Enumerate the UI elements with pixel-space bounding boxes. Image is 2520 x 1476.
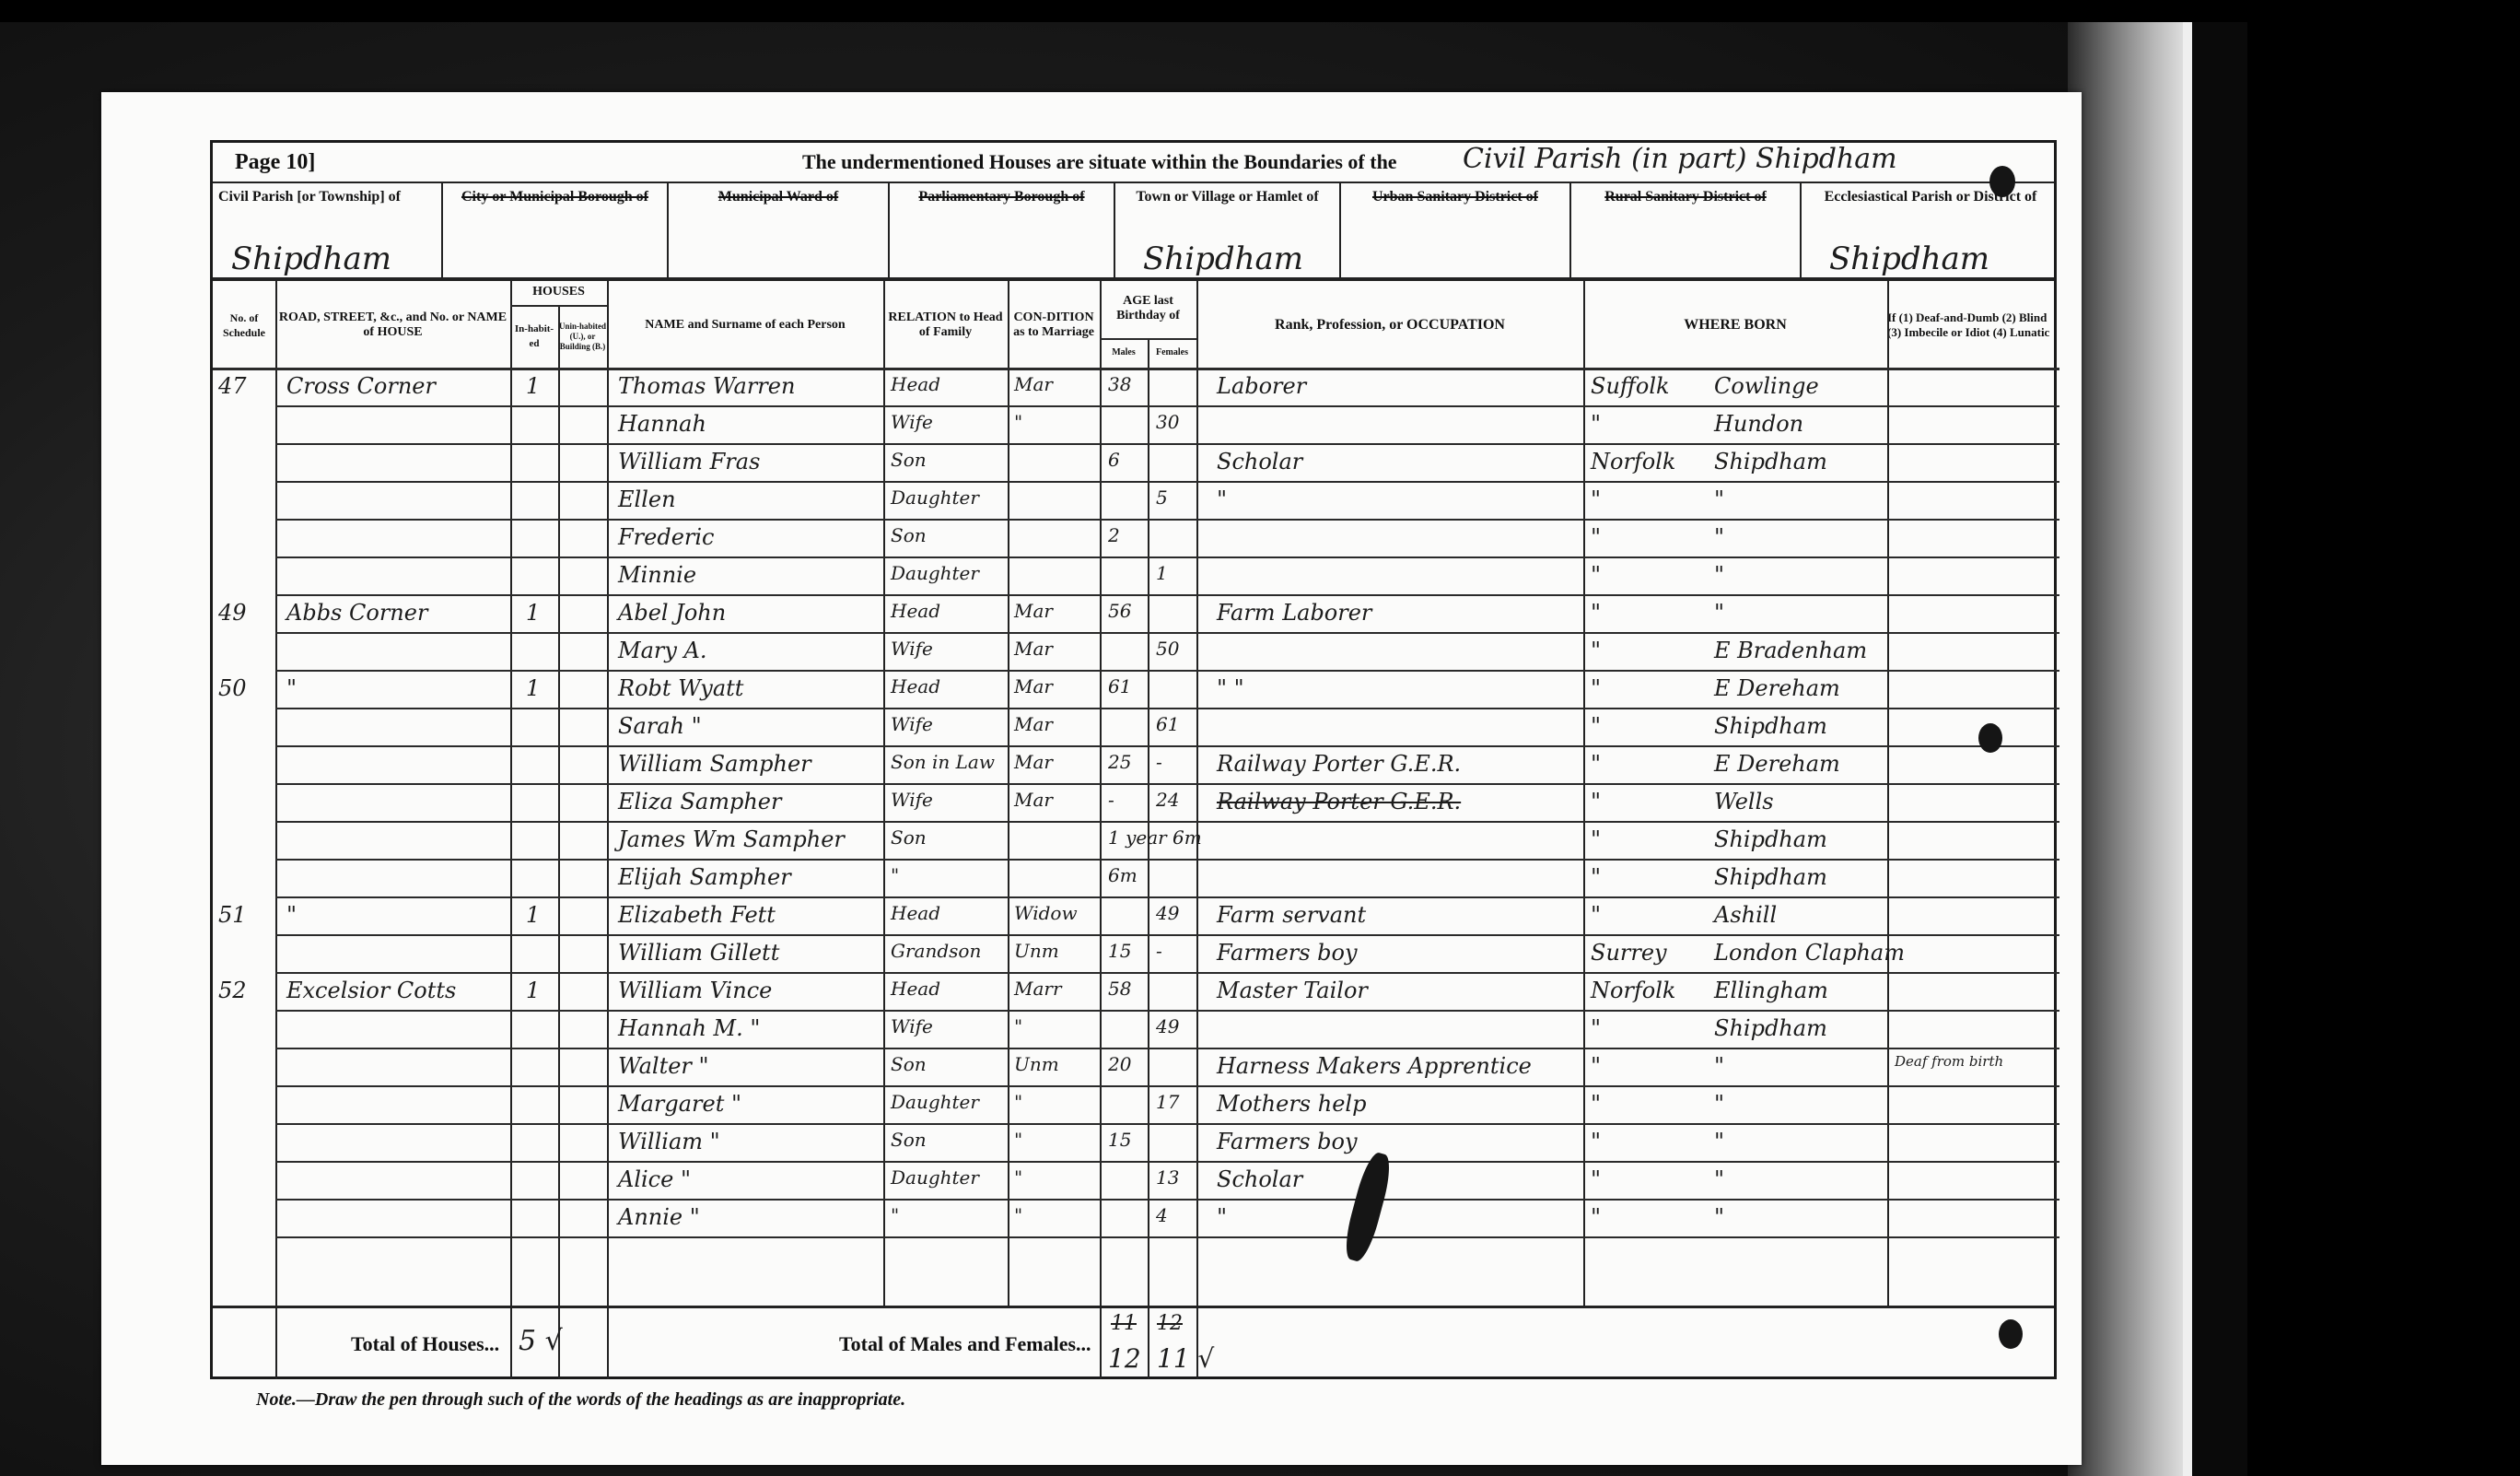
table-row: William FrasSon6ScholarNorfolkShipdham <box>213 445 2054 483</box>
row-name: Walter " <box>618 1053 709 1079</box>
row-road: " <box>286 902 297 928</box>
row-name: William Fras <box>618 449 760 474</box>
table-row: 50"1Robt WyattHeadMar61" ""E Dereham <box>213 672 2054 709</box>
row-born-county: " <box>1591 486 1601 512</box>
col-infirmity: If (1) Deaf-and-Dumb (2) Blind (3) Imbec… <box>1887 285 2059 366</box>
row-condition: Unm <box>1014 1053 1059 1075</box>
row-name: Hannah M. " <box>618 1015 760 1041</box>
admin-value: Shipdham <box>231 240 391 277</box>
row-male-age: 15 <box>1108 940 1131 962</box>
total-females-value: 11 √ <box>1157 1343 1214 1374</box>
row-born-county: " <box>1591 1166 1601 1192</box>
row-name: Ellen <box>618 486 676 512</box>
total-houses-value: 5 √ <box>519 1325 563 1357</box>
row-relation: Head <box>891 373 940 395</box>
table-row: FredericSon2"" <box>213 521 2054 558</box>
row-born-place: Wells <box>1714 789 1774 814</box>
table-row: HannahWife"30"Hundon <box>213 407 2054 445</box>
page-number: Page 10] <box>235 150 315 175</box>
row-condition: " <box>1014 1091 1022 1113</box>
total-houses-label: Total of Houses... <box>351 1332 499 1356</box>
row-relation: Grandson <box>891 940 981 962</box>
divider <box>1100 338 1196 340</box>
table-row: 49Abbs Corner1Abel JohnHeadMar56Farm Lab… <box>213 596 2054 634</box>
table-row: Margaret "Daughter"17Mothers help"" <box>213 1087 2054 1125</box>
row-male-age: 38 <box>1108 373 1131 395</box>
row-born-county: " <box>1591 789 1601 814</box>
row-born-county: " <box>1591 1015 1601 1041</box>
row-relation: Head <box>891 978 940 1000</box>
row-born-county: " <box>1591 411 1601 437</box>
row-occupation: Mothers help <box>1217 1091 1366 1117</box>
col-condition: CON-DITION as to Marriage <box>1008 285 1100 366</box>
row-name: Frederic <box>618 524 714 550</box>
row-occupation: Farm servant <box>1217 902 1366 928</box>
row-born-place: " <box>1714 562 1724 588</box>
row-born-place: " <box>1714 600 1724 626</box>
row-name: William Gillett <box>618 940 779 966</box>
row-relation: Wife <box>891 1015 933 1037</box>
table-row: MinnieDaughter1"" <box>213 558 2054 596</box>
row-relation: Wife <box>891 713 933 735</box>
row-female-age: - <box>1156 751 1162 773</box>
row-born-place: " <box>1714 524 1724 550</box>
row-born-county: " <box>1591 524 1601 550</box>
row-name: Abel John <box>618 600 726 626</box>
row-born-county: Norfolk <box>1591 449 1675 474</box>
row-inhabited: 1 <box>526 600 540 626</box>
table-row: Alice "Daughter"13Scholar"" <box>213 1163 2054 1201</box>
row-relation: Head <box>891 675 940 697</box>
row-born-place: E Dereham <box>1714 751 1840 777</box>
row-male-age: 6m <box>1108 864 1137 886</box>
row-born-place: Shipdham <box>1714 713 1827 739</box>
admin-urban-sanitary: Urban Sanitary District of <box>1341 183 1571 281</box>
table-row: Hannah M. "Wife"49"Shipdham <box>213 1012 2054 1049</box>
boundary-intro: The undermentioned Houses are situate wi… <box>802 150 1397 174</box>
admin-civil-parish: Civil Parish [or Township] of Shipdham <box>213 183 443 281</box>
admin-ecclesiastical: Ecclesiastical Parish or District of Shi… <box>1802 183 2059 281</box>
row-occupation: Laborer <box>1217 373 1306 399</box>
row-condition: " <box>1014 1166 1022 1189</box>
row-name: Sarah " <box>618 713 702 739</box>
row-occupation: Scholar <box>1217 449 1302 474</box>
row-born-place: Hundon <box>1714 411 1803 437</box>
admin-label: Parliamentary Borough of <box>890 183 1114 205</box>
row-female-age: 4 <box>1156 1204 1168 1226</box>
admin-label: Town or Village or Hamlet of <box>1115 183 1339 205</box>
table-row: William GillettGrandsonUnm15-Farmers boy… <box>213 936 2054 974</box>
census-rows: 47Cross Corner1Thomas WarrenHeadMar38Lab… <box>213 369 2054 1306</box>
row-born-place: " <box>1714 486 1724 512</box>
row-occupation: Harness Makers Apprentice <box>1217 1053 1532 1079</box>
footnote: Note.—Draw the pen through such of the w… <box>256 1389 905 1411</box>
table-row: 47Cross Corner1Thomas WarrenHeadMar38Lab… <box>213 369 2054 407</box>
col-uninhabited: Unin-habited (U.), or Building (B.) <box>558 307 607 366</box>
row-female-age: 24 <box>1156 789 1179 811</box>
row-condition: Marr <box>1014 978 1062 1000</box>
row-road: Excelsior Cotts <box>286 978 456 1003</box>
row-relation: Wife <box>891 411 933 433</box>
row-name: Minnie <box>618 562 696 588</box>
admin-municipal-borough: City or Municipal Borough of <box>443 183 669 281</box>
row-relation: Daughter <box>891 486 979 509</box>
row-female-age: - <box>1156 940 1162 962</box>
row-occupation: Scholar <box>1217 1166 1302 1192</box>
row-condition: Mar <box>1014 713 1053 735</box>
row-name: Alice " <box>618 1166 691 1192</box>
row-born-county: " <box>1591 1204 1601 1230</box>
row-relation: Wife <box>891 789 933 811</box>
row-born-county: " <box>1591 562 1601 588</box>
col-schedule: No. of Schedule <box>213 285 275 366</box>
row-born-place: Shipdham <box>1714 449 1827 474</box>
row-relation: Son <box>891 1129 927 1151</box>
row-inhabited: 1 <box>526 902 540 928</box>
row-schedule: 49 <box>218 600 247 626</box>
table-row: Mary A.WifeMar50"E Bradenham <box>213 634 2054 672</box>
row-male-age: 1 year 6m <box>1108 826 1202 849</box>
row-name: William " <box>618 1129 720 1154</box>
row-born-place: E Bradenham <box>1714 638 1867 663</box>
ink-blot <box>1989 166 2015 197</box>
row-relation: Son in Law <box>891 751 995 773</box>
title-row: Page 10] The undermentioned Houses are s… <box>213 143 2054 183</box>
row-born-county: " <box>1591 751 1601 777</box>
row-born-county: " <box>1591 902 1601 928</box>
col-males: Males <box>1100 340 1148 366</box>
row-schedule: 50 <box>218 675 247 701</box>
row-divider <box>275 1236 2059 1238</box>
row-schedule: 52 <box>218 978 247 1003</box>
col-females: Females <box>1148 340 1196 366</box>
row-born-county: Surrey <box>1591 940 1667 966</box>
table-row: 51"1Elizabeth FettHeadWidow49Farm servan… <box>213 898 2054 936</box>
table-row: William SampherSon in LawMar25-Railway P… <box>213 747 2054 785</box>
ink-blot <box>1999 1319 2023 1349</box>
row-female-age: 30 <box>1156 411 1179 433</box>
row-born-place: Cowlinge <box>1714 373 1819 399</box>
admin-rural-sanitary: Rural Sanitary District of <box>1571 183 1802 281</box>
row-occupation: " <box>1217 486 1227 512</box>
row-relation: Daughter <box>891 562 979 584</box>
totals-row: Total of Houses... 5 √ Total of Males an… <box>213 1306 2054 1379</box>
row-infirmity: Deaf from birth <box>1895 1053 2003 1070</box>
row-occupation: Railway Porter G.E.R. <box>1217 789 1461 814</box>
row-occupation: Farmers boy <box>1217 1129 1358 1154</box>
total-persons-label: Total of Males and Females... <box>839 1332 1091 1356</box>
row-born-place: " <box>1714 1091 1724 1117</box>
row-condition: Mar <box>1014 675 1053 697</box>
row-relation: Head <box>891 600 940 622</box>
row-born-place: " <box>1714 1166 1724 1192</box>
row-condition: Mar <box>1014 373 1053 395</box>
row-relation: Daughter <box>891 1166 979 1189</box>
row-female-age: 13 <box>1156 1166 1179 1189</box>
row-relation: Daughter <box>891 1091 979 1113</box>
row-female-age: 49 <box>1156 902 1179 924</box>
row-relation: Head <box>891 902 940 924</box>
row-name: Hannah <box>618 411 706 437</box>
row-female-age: 17 <box>1156 1091 1179 1113</box>
row-relation: Son <box>891 826 927 849</box>
admin-row: Civil Parish [or Township] of Shipdham C… <box>213 183 2054 281</box>
row-male-age: 6 <box>1108 449 1120 471</box>
divider <box>510 305 607 307</box>
row-born-place: Ellingham <box>1714 978 1828 1003</box>
row-born-place: " <box>1714 1129 1724 1154</box>
row-male-age: 20 <box>1108 1053 1131 1075</box>
admin-municipal-ward: Municipal Ward of <box>669 183 890 281</box>
table-row: 52Excelsior Cotts1William VinceHeadMarr5… <box>213 974 2054 1012</box>
row-born-county: " <box>1591 600 1601 626</box>
row-born-county: " <box>1591 638 1601 663</box>
row-condition: Unm <box>1014 940 1059 962</box>
table-row: EllenDaughter5""" <box>213 483 2054 521</box>
row-born-county: " <box>1591 713 1601 739</box>
row-condition: " <box>1014 411 1022 433</box>
table-row: Sarah "WifeMar61"Shipdham <box>213 709 2054 747</box>
row-born-place: Shipdham <box>1714 864 1827 890</box>
row-born-place: Ashill <box>1714 902 1777 928</box>
col-road: ROAD, STREET, &c., and No. or NAME of HO… <box>275 285 510 366</box>
row-relation: Son <box>891 524 927 546</box>
total-females-struck: 12 <box>1157 1312 1183 1335</box>
row-born-place: London Clapham <box>1714 940 1905 966</box>
row-born-place: Shipdham <box>1714 1015 1827 1041</box>
total-males-value: 12 <box>1108 1343 1141 1374</box>
admin-value: Shipdham <box>1829 240 1989 277</box>
admin-label: Ecclesiastical Parish or District of <box>1802 183 2059 205</box>
admin-label: Rural Sanitary District of <box>1571 183 1800 205</box>
row-occupation: Farm Laborer <box>1217 600 1371 626</box>
row-occupation: Railway Porter G.E.R. <box>1217 751 1461 777</box>
row-born-county: " <box>1591 1091 1601 1117</box>
row-female-age: 50 <box>1156 638 1179 660</box>
row-name: Eliza Sampher <box>618 789 781 814</box>
row-relation: Son <box>891 1053 927 1075</box>
col-name: NAME and Surname of each Person <box>607 285 883 366</box>
row-relation: " <box>891 864 899 886</box>
row-relation: Wife <box>891 638 933 660</box>
row-born-county: Suffolk <box>1591 373 1670 399</box>
row-name: Elizabeth Fett <box>618 902 776 928</box>
row-condition: Mar <box>1014 789 1053 811</box>
row-condition: Widow <box>1014 902 1078 924</box>
row-male-age: 61 <box>1108 675 1131 697</box>
row-female-age: 5 <box>1156 486 1168 509</box>
admin-value: Shipdham <box>1143 240 1303 277</box>
row-road: Cross Corner <box>286 373 436 399</box>
census-form: Page 10] The undermentioned Houses are s… <box>210 140 2057 1379</box>
row-born-county: " <box>1591 1129 1601 1154</box>
table-row: Walter "SonUnm20Harness Makers Apprentic… <box>213 1049 2054 1087</box>
row-born-place: E Dereham <box>1714 675 1840 701</box>
row-name: Thomas Warren <box>618 373 795 399</box>
row-born-place: " <box>1714 1204 1724 1230</box>
row-male-age: 2 <box>1108 524 1120 546</box>
row-relation: " <box>891 1204 899 1226</box>
row-occupation: " <box>1217 1204 1227 1230</box>
admin-label: City or Municipal Borough of <box>443 183 667 205</box>
table-row: Annie """4""" <box>213 1201 2054 1238</box>
row-male-age: - <box>1108 789 1114 811</box>
row-female-age: 49 <box>1156 1015 1179 1037</box>
row-born-place: Shipdham <box>1714 826 1827 852</box>
page-edge <box>2183 22 2192 1476</box>
col-relation: RELATION to Head of Family <box>883 285 1008 366</box>
row-schedule: 51 <box>218 902 247 928</box>
table-row: William "Son"15Farmers boy"" <box>213 1125 2054 1163</box>
row-inhabited: 1 <box>526 675 540 701</box>
row-born-county: " <box>1591 1053 1601 1079</box>
row-born-county: " <box>1591 675 1601 701</box>
row-name: Mary A. <box>618 638 707 663</box>
col-inhabited: In-habit-ed <box>510 307 558 366</box>
row-road: " <box>286 675 297 701</box>
row-occupation: Master Tailor <box>1217 978 1368 1003</box>
col-where-born: WHERE BORN <box>1583 285 1887 366</box>
row-condition: Mar <box>1014 751 1053 773</box>
admin-label: Municipal Ward of <box>669 183 888 205</box>
row-name: Elijah Sampher <box>618 864 791 890</box>
admin-label: Civil Parish [or Township] of <box>213 183 441 205</box>
row-born-county: Norfolk <box>1591 978 1675 1003</box>
row-schedule: 47 <box>218 373 247 399</box>
row-name: William Sampher <box>618 751 811 777</box>
admin-parliamentary-borough: Parliamentary Borough of <box>890 183 1115 281</box>
scan-border <box>2192 22 2247 1476</box>
row-relation: Son <box>891 449 927 471</box>
row-name: Margaret " <box>618 1091 741 1117</box>
row-condition: " <box>1014 1015 1022 1037</box>
total-males-struck: 11 <box>1111 1312 1137 1335</box>
col-occupation: Rank, Profession, or OCCUPATION <box>1196 285 1583 366</box>
row-male-age: 15 <box>1108 1129 1131 1151</box>
row-female-age: 1 <box>1156 562 1168 584</box>
admin-label: Urban Sanitary District of <box>1341 183 1569 205</box>
row-male-age: 25 <box>1108 751 1131 773</box>
admin-village: Town or Village or Hamlet of Shipdham <box>1115 183 1341 281</box>
row-inhabited: 1 <box>526 978 540 1003</box>
table-row: Elijah Sampher"6m"Shipdham <box>213 861 2054 898</box>
ink-blot <box>1978 723 2002 753</box>
row-name: James Wm Sampher <box>618 826 845 852</box>
table-row: Eliza SampherWifeMar-24Railway Porter G.… <box>213 785 2054 823</box>
row-occupation: " " <box>1217 675 1244 701</box>
boundary-value: Civil Parish (in part) Shipdham <box>1463 143 1897 175</box>
row-name: William Vince <box>618 978 772 1003</box>
row-road: Abbs Corner <box>286 600 427 626</box>
row-condition: Mar <box>1014 638 1053 660</box>
row-born-county: " <box>1591 864 1601 890</box>
row-male-age: 58 <box>1108 978 1131 1000</box>
row-born-county: " <box>1591 826 1601 852</box>
row-inhabited: 1 <box>526 373 540 399</box>
row-name: Annie " <box>618 1204 700 1230</box>
col-age: AGE last Birthday of <box>1100 281 1196 336</box>
binding-shadow <box>2068 22 2183 1476</box>
row-female-age: 61 <box>1156 713 1179 735</box>
row-condition: Mar <box>1014 600 1053 622</box>
row-condition: " <box>1014 1129 1022 1151</box>
row-name: Robt Wyatt <box>618 675 743 701</box>
row-condition: " <box>1014 1204 1022 1226</box>
row-occupation: Farmers boy <box>1217 940 1358 966</box>
col-houses: HOUSES <box>510 281 607 303</box>
row-born-place: " <box>1714 1053 1724 1079</box>
table-row: James Wm SampherSon1 year 6m"Shipdham <box>213 823 2054 861</box>
row-male-age: 56 <box>1108 600 1131 622</box>
